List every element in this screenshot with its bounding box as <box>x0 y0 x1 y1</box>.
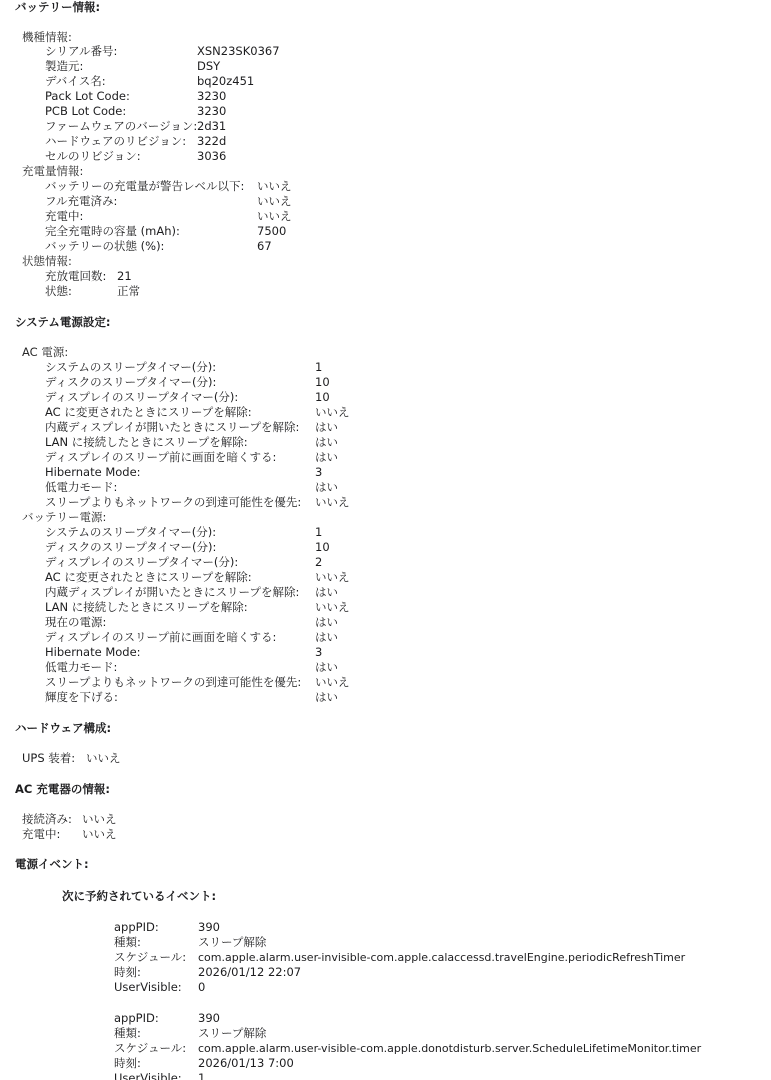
setting-value: はい <box>315 450 338 465</box>
info-value: いいえ <box>257 209 292 224</box>
setting-value: 10 <box>315 540 330 555</box>
setting-value: 3 <box>315 645 322 660</box>
info-value: いいえ <box>82 812 117 827</box>
setting-value: 10 <box>315 390 330 405</box>
event-label: UserVisible: <box>114 1071 182 1080</box>
setting-label: ディスクのスリープタイマー(分): <box>45 375 216 390</box>
info-value: 3036 <box>197 149 226 164</box>
setting-value: はい <box>315 480 338 495</box>
event-label: 時刻: <box>114 1056 141 1071</box>
event-label: 種類: <box>114 935 141 950</box>
setting-label: ディスプレイのスリープ前に画面を暗くする: <box>45 450 276 465</box>
event-value: 0 <box>198 980 205 995</box>
setting-label: LAN に接続したときにスリープを解除: <box>45 435 248 450</box>
info-value: 21 <box>117 269 132 284</box>
group-title-health: 状態情報: <box>22 254 72 269</box>
group-title-model: 機種情報: <box>22 30 72 45</box>
info-label: セルのリビジョン: <box>45 149 141 164</box>
setting-label: 低電力モード: <box>45 480 117 495</box>
event-value: 2026/01/13 7:00 <box>198 1056 294 1071</box>
setting-value: いいえ <box>315 495 350 510</box>
event-label: appPID: <box>114 920 159 935</box>
info-label: UPS 装着: <box>22 751 75 766</box>
setting-value: いいえ <box>315 600 350 615</box>
setting-value: 10 <box>315 375 330 390</box>
event-value: 2026/01/12 22:07 <box>198 965 301 980</box>
section-title-battery: バッテリー情報: <box>15 0 100 15</box>
info-label: 充電中: <box>22 827 60 842</box>
setting-label: ディスプレイのスリープタイマー(分): <box>45 390 238 405</box>
group-title-ac-power: AC 電源: <box>22 345 68 360</box>
info-value: 3230 <box>197 104 226 119</box>
setting-label: 現在の電源: <box>45 615 106 630</box>
event-label: UserVisible: <box>114 980 182 995</box>
setting-label: Hibernate Mode: <box>45 465 141 480</box>
info-value: 67 <box>257 239 272 254</box>
event-label: 種類: <box>114 1026 141 1041</box>
event-label: appPID: <box>114 1011 159 1026</box>
info-label: ファームウェアのバージョン: <box>45 119 197 134</box>
scheduled-events-title: 次に予約されているイベント: <box>62 889 216 904</box>
setting-label: スリープよりもネットワークの到達可能性を優先: <box>45 675 301 690</box>
setting-label: 低電力モード: <box>45 660 117 675</box>
event-value: スリープ解除 <box>198 1026 266 1041</box>
event-label: 時刻: <box>114 965 141 980</box>
setting-label: 輝度を下げる: <box>45 690 118 705</box>
event-value: 390 <box>198 1011 220 1026</box>
info-label: 製造元: <box>45 59 83 74</box>
info-label: 接続済み: <box>22 812 72 827</box>
setting-value: いいえ <box>315 570 350 585</box>
setting-value: 3 <box>315 465 322 480</box>
section-title-ac-charger: AC 充電器の情報: <box>15 782 110 797</box>
setting-label: システムのスリープタイマー(分): <box>45 360 216 375</box>
info-label: 充放電回数: <box>45 269 106 284</box>
info-value: いいえ <box>82 827 117 842</box>
event-value: 1 <box>198 1071 205 1080</box>
info-label: フル充電済み: <box>45 194 117 209</box>
info-value: 3230 <box>197 89 226 104</box>
setting-label: ディスクのスリープタイマー(分): <box>45 540 216 555</box>
info-label: Pack Lot Code: <box>45 89 130 104</box>
group-title-battery-power: バッテリー電源: <box>22 510 106 525</box>
setting-value: はい <box>315 660 338 675</box>
setting-value: はい <box>315 585 338 600</box>
setting-label: Hibernate Mode: <box>45 645 141 660</box>
setting-label: LAN に接続したときにスリープを解除: <box>45 600 248 615</box>
setting-value: 2 <box>315 555 322 570</box>
setting-label: システムのスリープタイマー(分): <box>45 525 216 540</box>
setting-label: ディスプレイのスリープ前に画面を暗くする: <box>45 630 276 645</box>
info-label: PCB Lot Code: <box>45 104 126 119</box>
setting-value: はい <box>315 690 338 705</box>
info-value: 2d31 <box>197 119 226 134</box>
event-value: com.apple.alarm.user-invisible-com.apple… <box>198 950 685 965</box>
event-value: 390 <box>198 920 220 935</box>
setting-value: はい <box>315 420 338 435</box>
info-value: 正常 <box>117 284 140 299</box>
info-label: 状態: <box>45 284 72 299</box>
info-label: ハードウェアのリビジョン: <box>45 134 186 149</box>
info-label: バッテリーの充電量が警告レベル以下: <box>45 179 244 194</box>
event-label: スケジュール: <box>114 950 186 965</box>
info-value: 322d <box>197 134 226 149</box>
info-value: XSN23SK0367 <box>197 44 280 59</box>
info-label: シリアル番号: <box>45 44 117 59</box>
setting-label: AC に変更されたときにスリープを解除: <box>45 405 252 420</box>
section-title-power-settings: システム電源設定: <box>15 315 110 330</box>
setting-label: 内蔵ディスプレイが開いたときにスリープを解除: <box>45 585 299 600</box>
setting-value: 1 <box>315 525 322 540</box>
info-label: バッテリーの状態 (%): <box>45 239 164 254</box>
event-label: スケジュール: <box>114 1041 186 1056</box>
event-value: com.apple.alarm.user-visible-com.apple.d… <box>198 1041 701 1056</box>
info-value: いいえ <box>86 751 121 766</box>
setting-value: いいえ <box>315 405 350 420</box>
setting-value: はい <box>315 615 338 630</box>
setting-value: はい <box>315 630 338 645</box>
section-title-power-events: 電源イベント: <box>15 857 89 872</box>
info-value: 7500 <box>257 224 286 239</box>
info-value: いいえ <box>257 179 292 194</box>
setting-label: ディスプレイのスリープタイマー(分): <box>45 555 238 570</box>
info-value: いいえ <box>257 194 292 209</box>
setting-value: 1 <box>315 360 322 375</box>
info-value: bq20z451 <box>197 74 254 89</box>
section-title-hardware: ハードウェア構成: <box>15 721 111 736</box>
setting-label: 内蔵ディスプレイが開いたときにスリープを解除: <box>45 420 299 435</box>
info-label: 充電中: <box>45 209 83 224</box>
info-value: DSY <box>197 59 220 74</box>
setting-value: はい <box>315 435 338 450</box>
info-label: デバイス名: <box>45 74 106 89</box>
setting-value: いいえ <box>315 675 350 690</box>
group-title-charge: 充電量情報: <box>22 164 83 179</box>
setting-label: AC に変更されたときにスリープを解除: <box>45 570 252 585</box>
setting-label: スリープよりもネットワークの到達可能性を優先: <box>45 495 301 510</box>
info-label: 完全充電時の容量 (mAh): <box>45 224 180 239</box>
event-value: スリープ解除 <box>198 935 266 950</box>
